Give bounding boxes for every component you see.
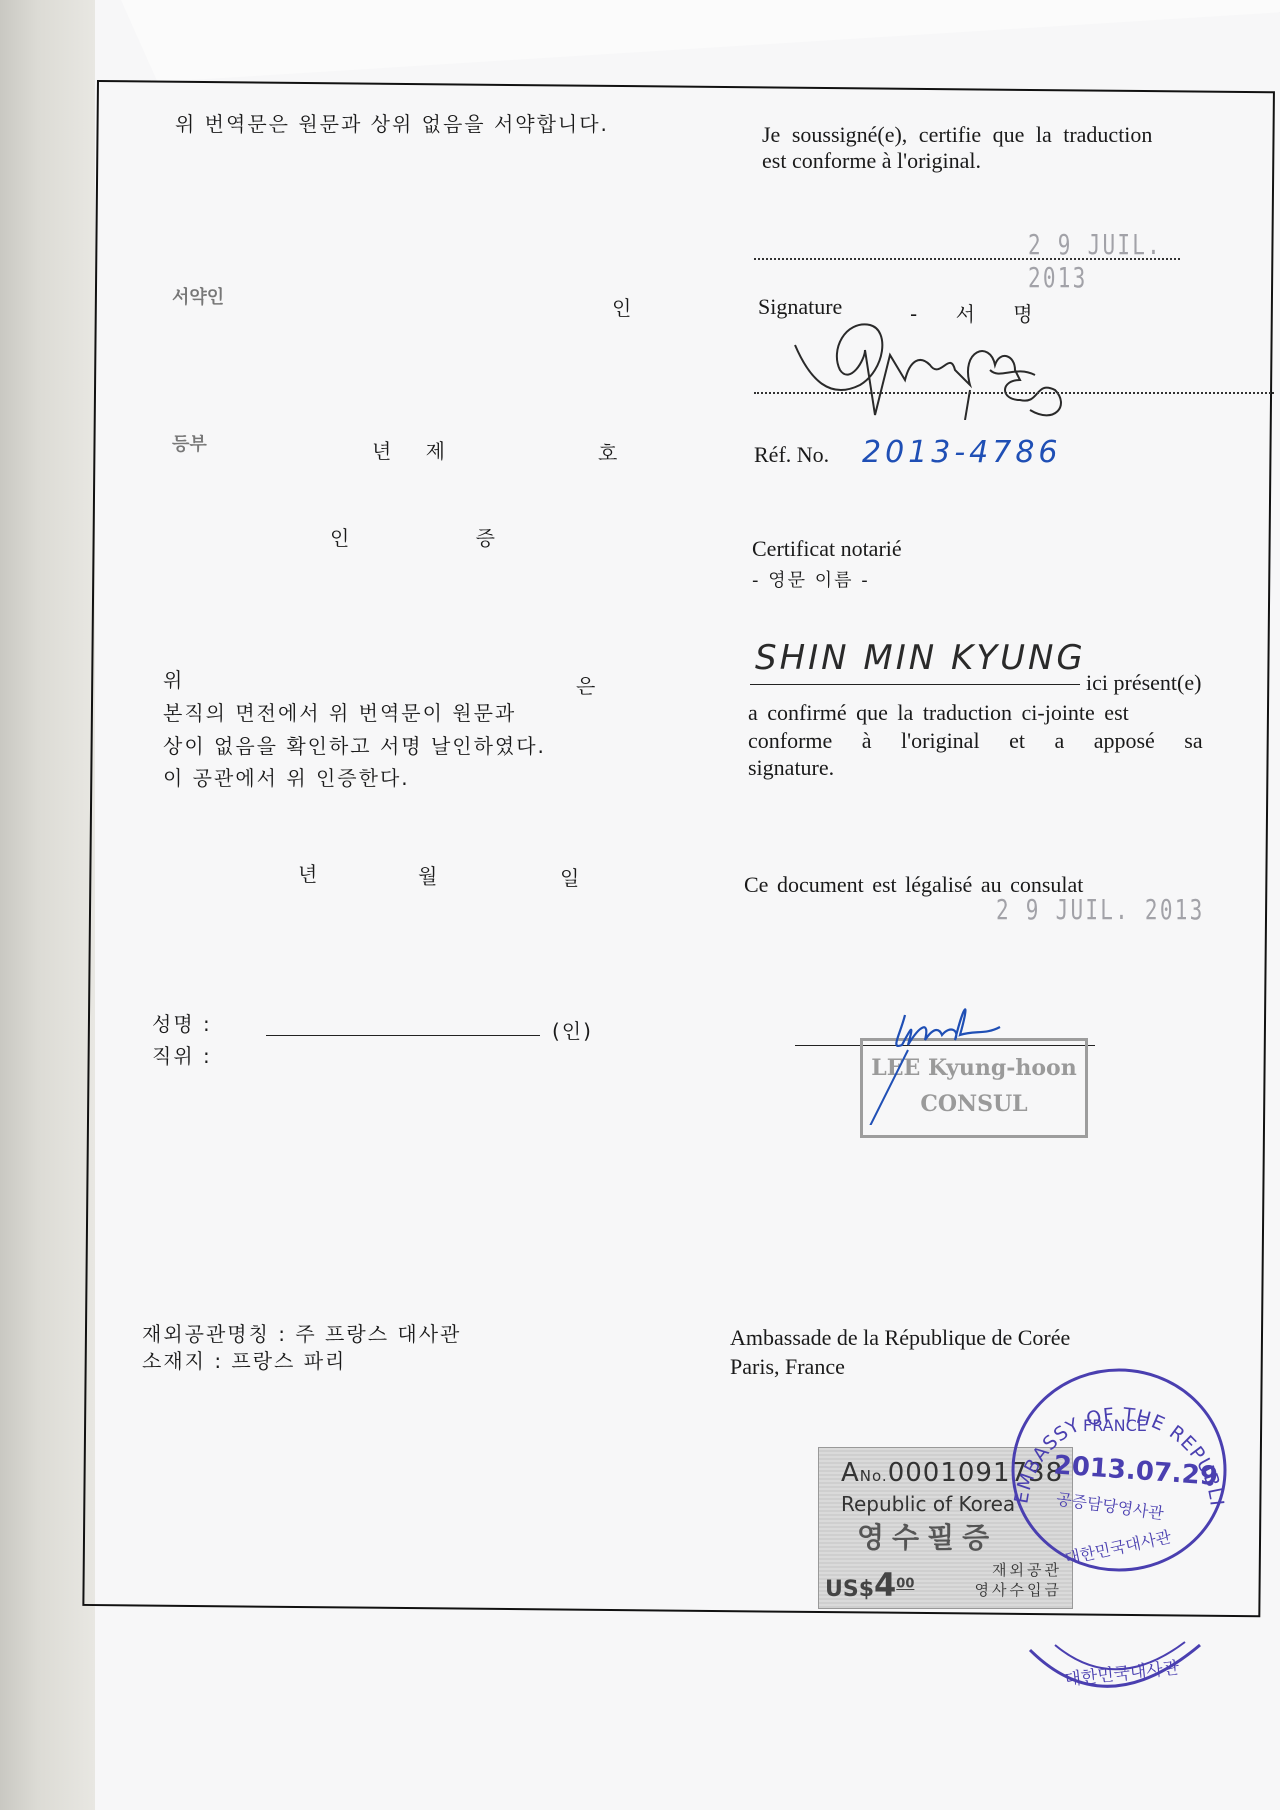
dotted-line-1 bbox=[754, 258, 1180, 260]
ref-label: Réf. No. bbox=[754, 442, 829, 468]
date-year-label: 년 bbox=[298, 858, 319, 887]
consul-signature bbox=[860, 995, 1040, 1125]
person-name-line bbox=[750, 684, 1080, 685]
seal-mark: 인 bbox=[612, 292, 633, 321]
english-name-label: - 영문 이름 - bbox=[752, 566, 870, 592]
person-name-handwritten: SHIN MIN KYUNG bbox=[755, 638, 1086, 678]
stamp-amount-major: 4 bbox=[874, 1566, 896, 1604]
confirm-line-2: conforme à l'original et a apposé sa bbox=[748, 728, 1203, 754]
seal-paren: (인) bbox=[552, 1015, 593, 1044]
date-month-label: 월 bbox=[418, 860, 439, 889]
mission-location: 소재지 : 프랑스 파리 bbox=[142, 1345, 346, 1374]
stamp-currency: US$ bbox=[825, 1577, 874, 1602]
scanner-edge bbox=[0, 0, 95, 1810]
date-day-label: 일 bbox=[560, 862, 581, 891]
dotted-line-2 bbox=[754, 392, 1274, 394]
stamp-amount-minor: 00 bbox=[896, 1577, 914, 1592]
translator-signature bbox=[790, 310, 1090, 420]
embassy-line-1: Ambassade de la République de Corée bbox=[730, 1325, 1070, 1351]
confirm-line-1: a confirmé que la traduction ci-jointe e… bbox=[748, 700, 1129, 726]
confirm-line-3: signature. bbox=[748, 755, 834, 781]
serial-no-label: No. bbox=[860, 1467, 888, 1485]
embassy-line-2: Paris, France bbox=[730, 1354, 845, 1380]
mission-name: 재외공관명칭 : 주 프랑스 대사관 bbox=[142, 1318, 461, 1347]
stamp-issuer-line-2: 영사수입금 bbox=[975, 1580, 1062, 1600]
serial-prefix: A bbox=[841, 1458, 860, 1488]
partial-embassy-seal: 대한민국대사관 bbox=[1025, 1640, 1205, 1720]
ref-number-handwritten: 2013-4786 bbox=[862, 435, 1062, 470]
seal-inner-korean: 공증담당영사관 bbox=[1055, 1489, 1165, 1523]
statement-line-4: 이 공관에서 위 인증한다. bbox=[163, 762, 410, 791]
certificate-title: Certificat notarié bbox=[752, 536, 902, 562]
date-stamp-middle: 2 9 JUIL. 2013 bbox=[996, 893, 1205, 926]
date-stamp-top: 2 9 JUIL. 2013 bbox=[1028, 228, 1217, 294]
korean-declaration: 위 번역문은 원문과 상위 없음을 서약합니다. bbox=[175, 108, 609, 137]
position-label: 직위 : bbox=[152, 1040, 212, 1069]
statement-suffix: 은 bbox=[576, 670, 597, 699]
signer-label: 서약인 bbox=[172, 283, 224, 309]
embassy-seal: EMBASSY OF THE REPUBLIC OF KOREA FRANCE … bbox=[1005, 1363, 1233, 1578]
stamp-country: Republic of Korea bbox=[841, 1492, 1015, 1516]
statement-prefix: 위 bbox=[163, 664, 184, 693]
registry-year: 년 제 bbox=[372, 435, 459, 464]
certification-heading: 인 증 bbox=[330, 522, 555, 551]
registry-number-suffix: 호 bbox=[598, 437, 619, 466]
stamp-amount: US$400 bbox=[825, 1566, 914, 1604]
statement-line-3: 상이 없음을 확인하고 서명 날인하였다. bbox=[163, 730, 546, 759]
name-signature-line bbox=[266, 1035, 540, 1036]
french-declaration-line-1: Je soussigné(e), certifie que la traduct… bbox=[762, 122, 1152, 148]
stamp-title: 영수필증 bbox=[857, 1516, 997, 1556]
name-label: 성명 : bbox=[152, 1008, 212, 1037]
french-declaration-line-2: est conforme à l'original. bbox=[762, 148, 981, 174]
registry-label: 등부 bbox=[172, 430, 207, 456]
seal-country: FRANCE bbox=[1083, 1416, 1147, 1435]
statement-line-2: 본직의 면전에서 위 번역문이 원문과 bbox=[163, 697, 516, 726]
present-text: ici présent(e) bbox=[1086, 670, 1201, 696]
